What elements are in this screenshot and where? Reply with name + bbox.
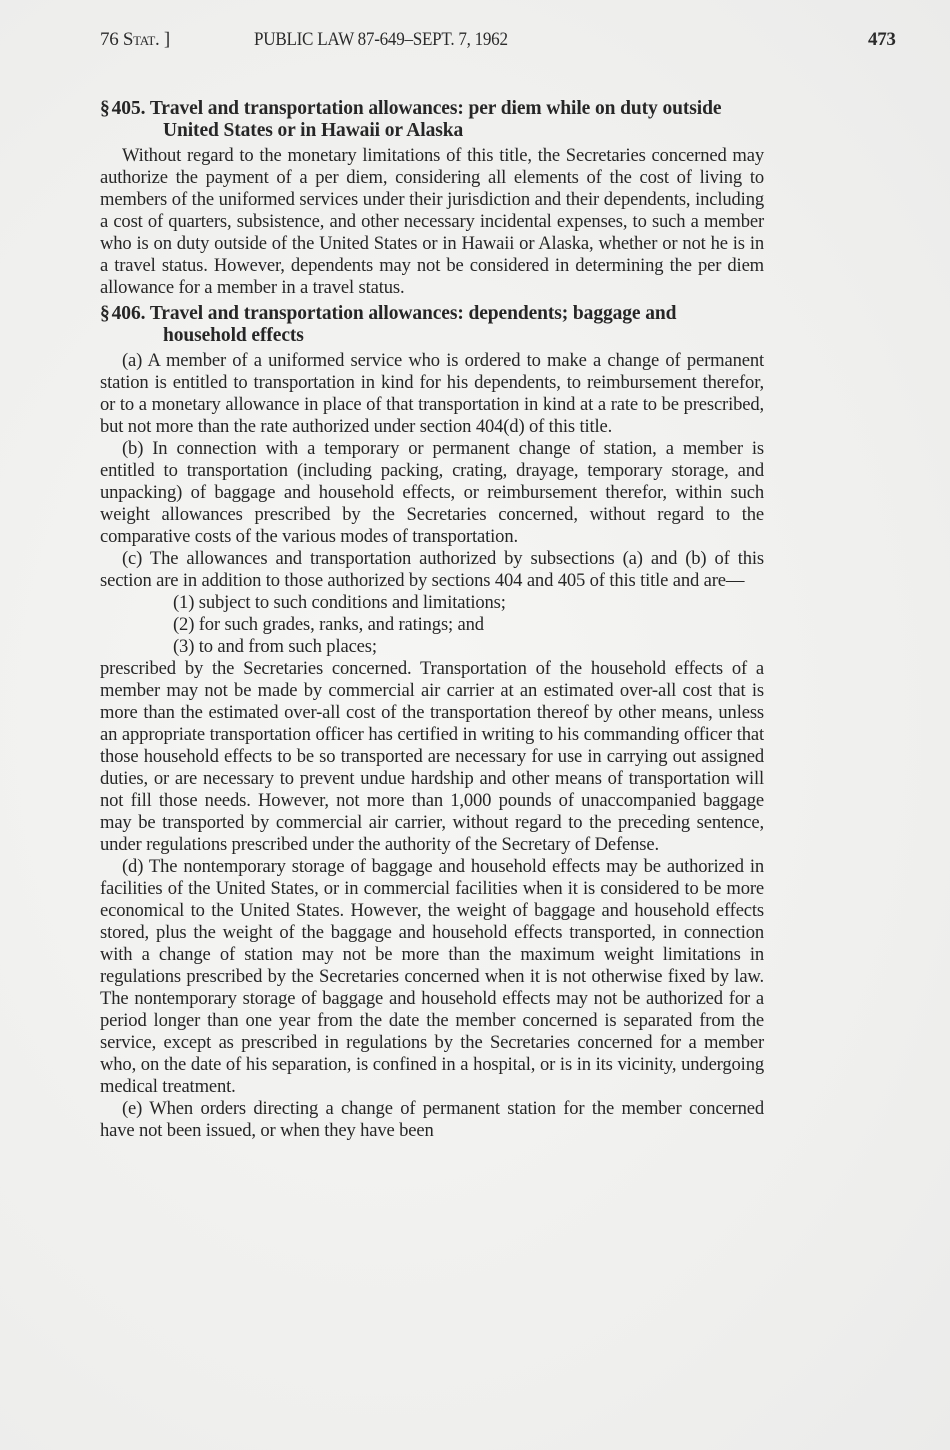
subsection-c-continuation: prescribed by the Secretaries concerned.…: [100, 658, 764, 856]
running-head: 76 Stat. ] PUBLIC LAW 87-649–SEPT. 7, 19…: [100, 29, 760, 55]
subsection-d: (d) The nontemporary storage of baggage …: [100, 856, 764, 1098]
bracket: ]: [164, 29, 170, 50]
volume-citation: 76 Stat. ]: [100, 29, 170, 51]
volume-number: 76: [100, 29, 118, 50]
volume-label: Stat.: [123, 29, 160, 50]
subsection-c-item-3: (3) to and from such places;: [100, 636, 764, 658]
section-number: 406.: [112, 303, 146, 324]
section-406-heading: §406. Travel and transportation allowanc…: [100, 303, 764, 347]
running-head-title: PUBLIC LAW 87-649–SEPT. 7, 1962: [254, 29, 508, 51]
subsection-c-item-1: (1) subject to such conditions and limit…: [100, 592, 764, 614]
page-number: 473: [868, 29, 896, 51]
subsection-e: (e) When orders directing a change of pe…: [100, 1098, 764, 1142]
section-title: Travel and transportation allowances: pe…: [150, 98, 722, 141]
section-symbol: §: [100, 98, 110, 119]
subsection-c-intro: (c) The allowances and transportation au…: [100, 548, 764, 592]
body-text: §405. Travel and transportation allowanc…: [100, 98, 764, 1142]
section-title: Travel and transportation allowances: de…: [150, 303, 677, 346]
subsection-c-item-2: (2) for such grades, ranks, and ratings;…: [100, 614, 764, 636]
section-symbol: §: [100, 303, 110, 324]
subsection-a: (a) A member of a uniformed service who …: [100, 350, 764, 438]
section-405-heading: §405. Travel and transportation allowanc…: [100, 98, 764, 142]
section-405-paragraph: Without regard to the monetary limitatio…: [100, 145, 764, 299]
section-number: 405.: [112, 98, 146, 119]
subsection-b: (b) In connection with a temporary or pe…: [100, 438, 764, 548]
statute-page: 76 Stat. ] PUBLIC LAW 87-649–SEPT. 7, 19…: [0, 0, 950, 1450]
